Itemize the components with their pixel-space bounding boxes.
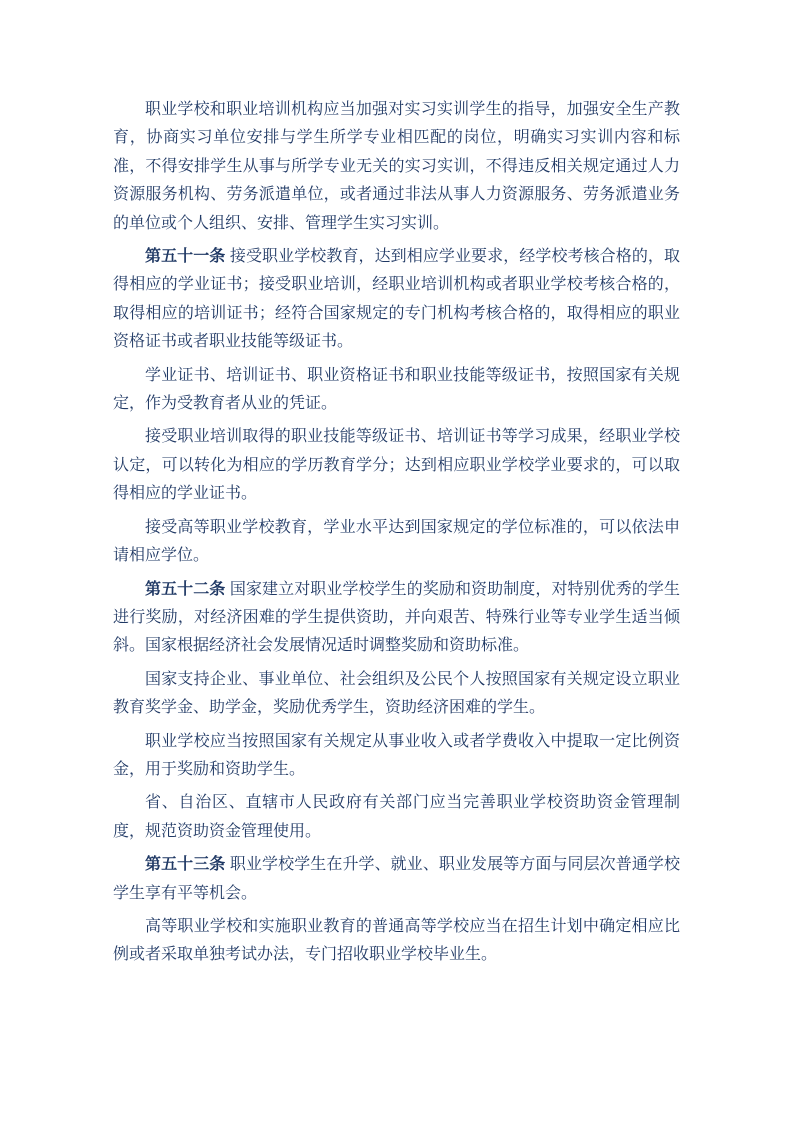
- paragraph: 学业证书、培训证书、职业资格证书和职业技能等级证书，按照国家有关规定，作为受教育…: [113, 362, 680, 419]
- paragraph: 职业学校和职业培训机构应当加强对实习实训学生的指导，加强安全生产教育，协商实习单…: [113, 96, 680, 238]
- paragraph: 第五十一条 接受职业学校教育，达到相应学业要求，经学校考核合格的，取得相应的学业…: [113, 243, 680, 357]
- article-number: 第五十二条: [145, 581, 230, 598]
- paragraph: 接受职业培训取得的职业技能等级证书、培训证书等学习成果，经职业学校认定，可以转化…: [113, 423, 680, 508]
- paragraph: 职业学校应当按照国家有关规定从事业收入或者学费收入中提取一定比例资金，用于奖励和…: [113, 728, 680, 785]
- article-number: 第五十一条: [145, 248, 230, 265]
- paragraph: 高等职业学校和实施职业教育的普通高等学校应当在招生计划中确定相应比例或者采取单独…: [113, 913, 680, 970]
- paragraph: 第五十三条 职业学校学生在升学、就业、职业发展等方面与同层次普通学校学生享有平等…: [113, 851, 680, 908]
- paragraph-text: 接受高等职业学校教育，学业水平达到国家规定的学位标准的，可以依法申请相应学位。: [113, 519, 680, 564]
- paragraph: 省、自治区、直辖市人民政府有关部门应当完善职业学校资助资金管理制度，规范资助资金…: [113, 789, 680, 846]
- paragraph-text: 学业证书、培训证书、职业资格证书和职业技能等级证书，按照国家有关规定，作为受教育…: [113, 367, 680, 412]
- paragraph: 接受高等职业学校教育，学业水平达到国家规定的学位标准的，可以依法申请相应学位。: [113, 514, 680, 571]
- article-number: 第五十三条: [145, 856, 230, 873]
- document-page: 职业学校和职业培训机构应当加强对实习实训学生的指导，加强安全生产教育，协商实习单…: [113, 96, 680, 975]
- paragraph-text: 职业学校和职业培训机构应当加强对实习实训学生的指导，加强安全生产教育，协商实习单…: [113, 101, 680, 232]
- paragraph: 国家支持企业、事业单位、社会组织及公民个人按照国家有关规定设立职业教育奖学金、助…: [113, 666, 680, 723]
- paragraph-text: 接受职业培训取得的职业技能等级证书、培训证书等学习成果，经职业学校认定，可以转化…: [113, 428, 680, 502]
- paragraph-text: 职业学校应当按照国家有关规定从事业收入或者学费收入中提取一定比例资金，用于奖励和…: [113, 733, 680, 778]
- paragraph: 第五十二条 国家建立对职业学校学生的奖励和资助制度，对特别优秀的学生进行奖励，对…: [113, 576, 680, 661]
- paragraph-text: 高等职业学校和实施职业教育的普通高等学校应当在招生计划中确定相应比例或者采取单独…: [113, 918, 680, 963]
- paragraph-text: 省、自治区、直辖市人民政府有关部门应当完善职业学校资助资金管理制度，规范资助资金…: [113, 794, 680, 839]
- paragraph-text: 国家支持企业、事业单位、社会组织及公民个人按照国家有关规定设立职业教育奖学金、助…: [113, 671, 680, 716]
